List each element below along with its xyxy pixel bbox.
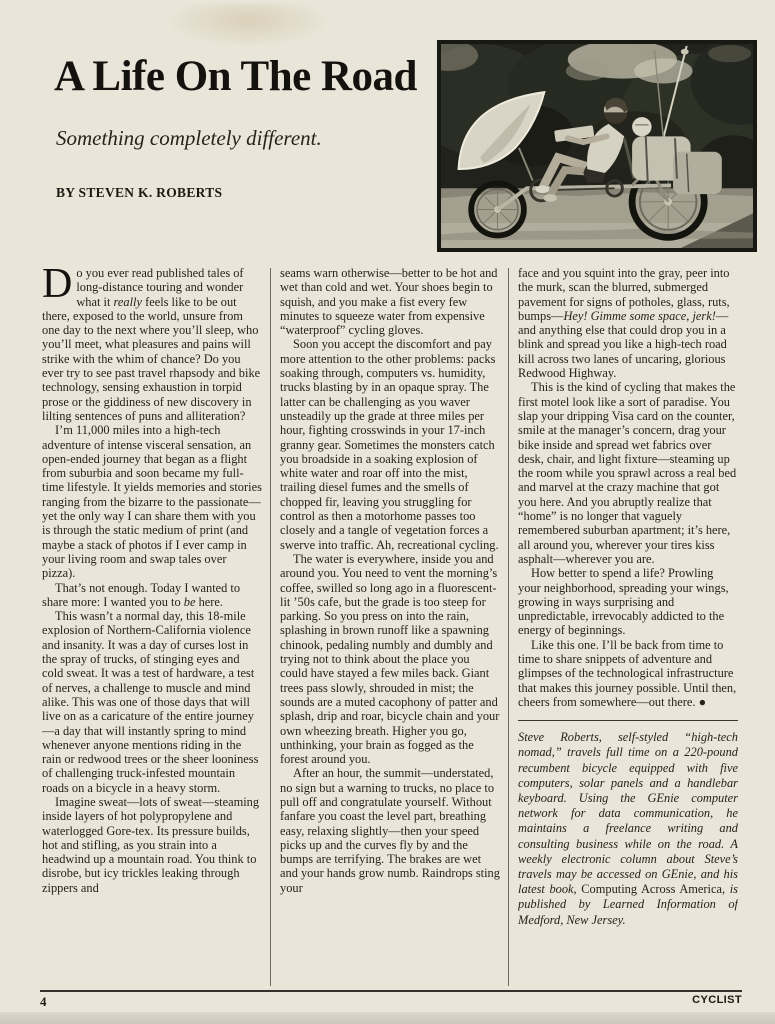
article-paragraph: face and you squint into the gray, peer … [518,266,738,380]
magazine-page: A Life On The Road Something completely … [0,0,775,1024]
article-paragraph: After an hour, the summit—understated, n… [280,766,500,895]
page-number: 4 [40,994,47,1010]
article-subtitle: Something completely different. [56,126,322,151]
article-header: A Life On The Road Something completely … [0,0,775,265]
article-paragraph: The water is everywhere, inside you and … [280,552,500,766]
article-paragraph: seams warn otherwise—better to be hot an… [280,266,500,337]
column-divider-rule [508,268,509,986]
article-paragraph: Do you ever read published tales of long… [42,266,262,423]
article-paragraph: This wasn’t a normal day, this 18-mile e… [42,609,262,795]
article-paragraph: I’m 11,000 miles into a high-tech advent… [42,423,262,580]
article-byline: BY STEVEN K. ROBERTS [56,185,222,201]
page-footer: 4 CYCLIST [40,990,742,1010]
column-1: Do you ever read published tales of long… [42,266,262,986]
photo-illustration [441,44,753,248]
column-3: face and you squint into the gray, peer … [518,266,738,986]
article-paragraph: Soon you accept the discomfort and pay m… [280,337,500,551]
article-paragraph: This is the kind of cycling that makes t… [518,380,738,566]
article-paragraph: Imagine sweat—lots of sweat—steaming ins… [42,795,262,895]
photo-recumbent-bicycle [437,40,757,252]
bio-divider-rule [518,720,738,721]
article-paragraph: That’s not enough. Today I wanted to sha… [42,581,262,610]
drop-cap: D [42,266,76,300]
article-paragraph: Like this one. I’ll be back from time to… [518,638,738,709]
article-paragraph: How better to spend a life? Prowling you… [518,566,738,637]
magazine-name: CYCLIST [692,994,742,1010]
column-2: seams warn otherwise—better to be hot an… [280,266,500,986]
column-divider-rule [270,268,271,986]
article-body: Do you ever read published tales of long… [42,266,738,986]
article-title: A Life On The Road [54,52,417,101]
author-bio: Steve Roberts, self-styled “high-tech no… [518,730,738,928]
scan-edge [0,1012,775,1024]
